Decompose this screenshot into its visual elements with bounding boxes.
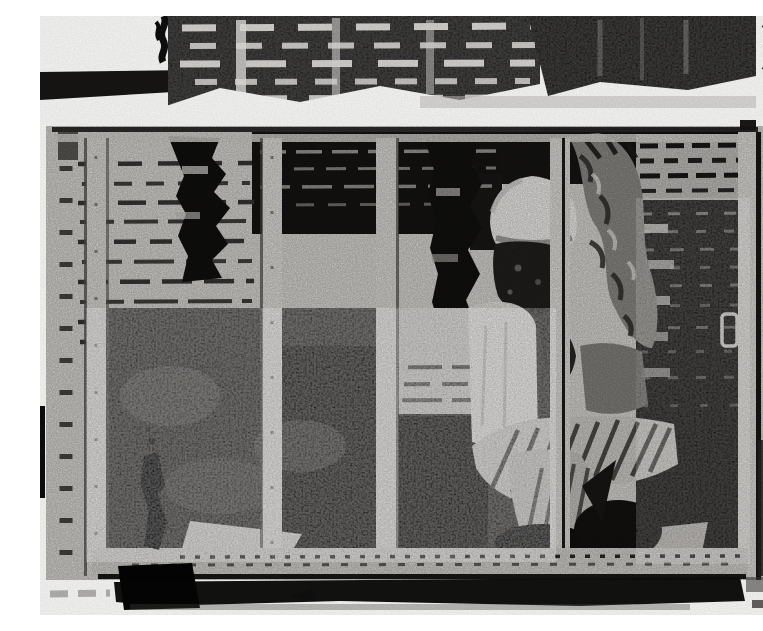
grain-page <box>40 16 763 615</box>
halftone-grain <box>40 16 763 615</box>
photo-canvas <box>40 16 763 615</box>
scanned-newspaper-photo <box>40 16 763 615</box>
